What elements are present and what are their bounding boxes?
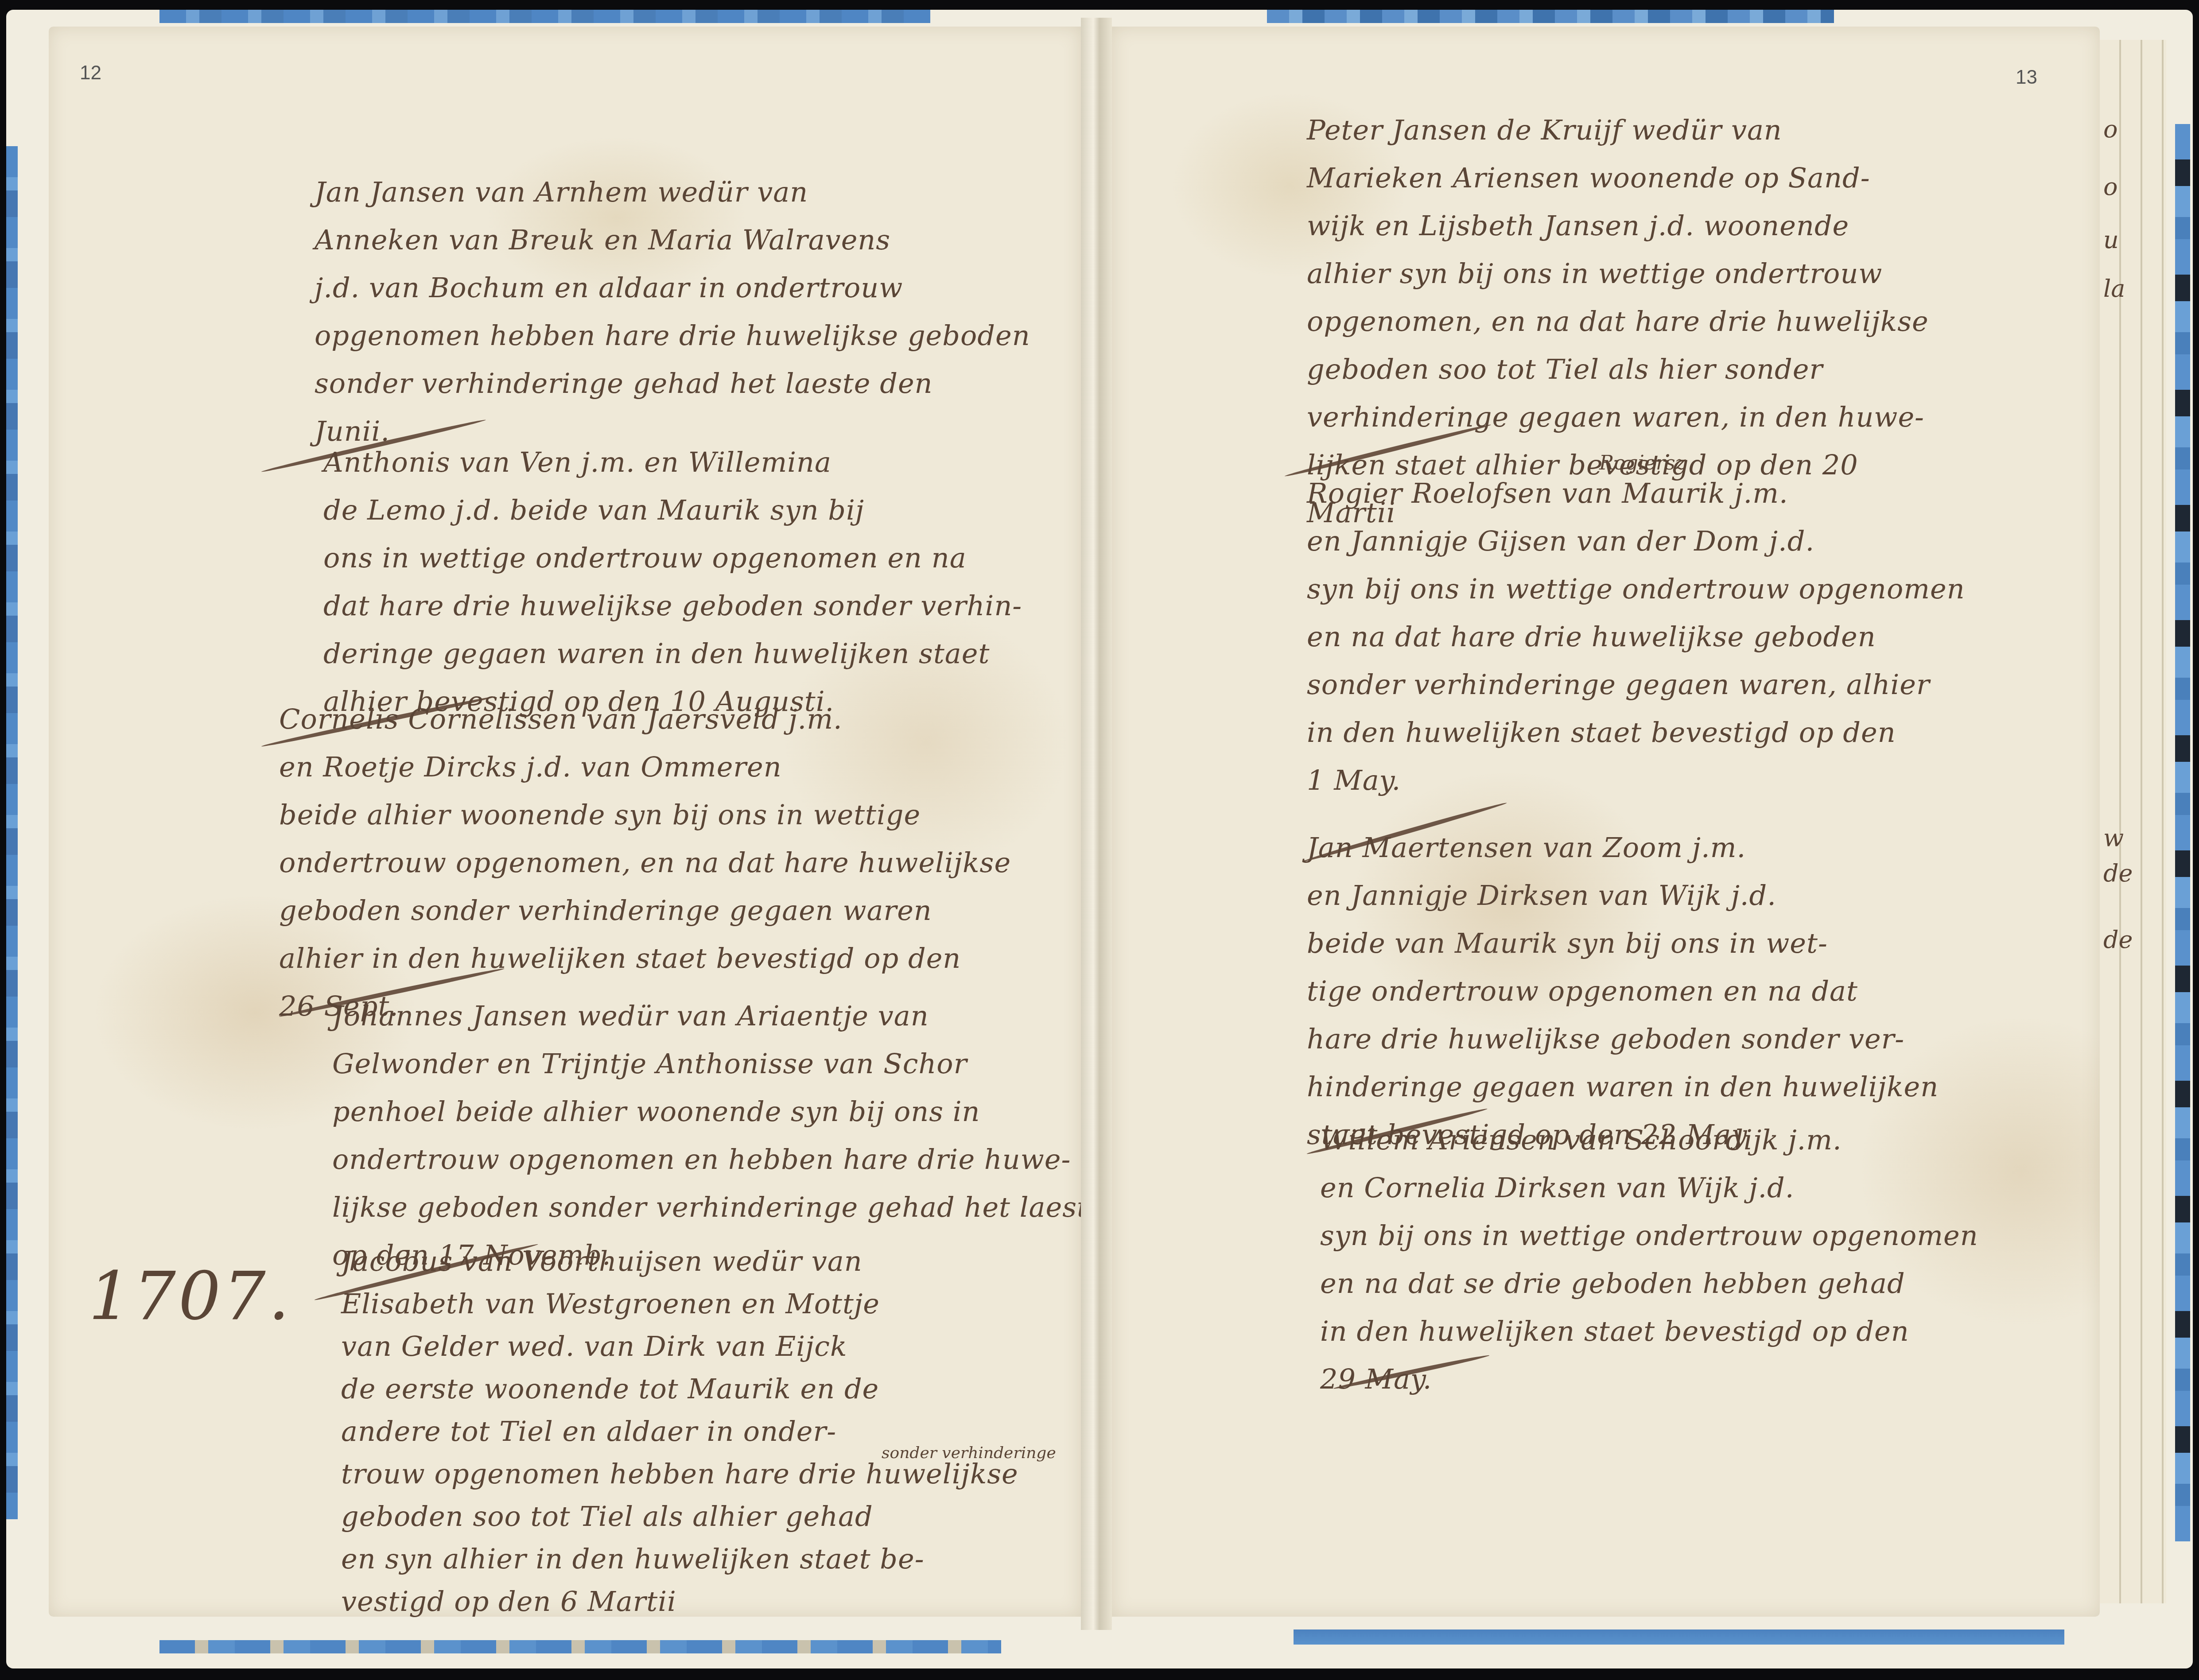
entry-line: wijk en Lijsbeth Jansen j.d. woonende (1307, 202, 1929, 250)
book-gutter (1081, 18, 1112, 1630)
entry-line: Marieken Ariensen woonende op Sand- (1307, 154, 1929, 202)
entry-line: Cornelis Cornelissen van Jaersveld j.m. (279, 695, 1011, 743)
margin-fragment: w (2103, 824, 2124, 852)
marbled-cover-edge-right (2175, 124, 2190, 1541)
page-number: 13 (2016, 66, 2037, 89)
entry-line: hinderinge gegaen waren in den huwelijke… (1307, 1063, 1939, 1111)
entry-line: verhinderinge gegaen waren, in den huwe- (1307, 393, 1929, 441)
entry-line: alhier syn bij ons in wettige ondertrouw (1307, 250, 1929, 298)
entry-line: en Jannigje Dirksen van Wijk j.d. (1307, 872, 1939, 920)
entry-line: ondertrouw opgenomen en hebben hare drie… (332, 1136, 1105, 1183)
entry-line: geboden soo tot Tiel als hier sonder (1307, 345, 1929, 393)
entry-line: sonder verhinderinge gegaen waren, alhie… (1307, 661, 1965, 709)
entry-line: j.d. van Bochum en aldaar in ondertrouw (315, 264, 1030, 312)
marbled-cover-edge-top-left (159, 10, 930, 23)
marbled-cover-edge-bottom-right (1294, 1630, 2064, 1645)
entry-line: tige ondertrouw opgenomen en na dat (1307, 967, 1939, 1015)
entry-line: en Jannigje Gijsen van der Dom j.d. (1307, 517, 1965, 565)
entry-line: en Cornelia Dirksen van Wijk j.d. (1320, 1164, 1978, 1212)
year-marker: 1707. (89, 1258, 292, 1335)
register-entry: Willem Ariensen van Schoordijk j.m. en C… (1320, 1116, 1978, 1403)
entry-line: syn bij ons in wettige ondertrouw opgeno… (1307, 565, 1965, 613)
right-page: 13 Peter Jansen de Kruijf wedür van Mari… (1112, 27, 2100, 1617)
margin-fragment: u (2103, 226, 2119, 254)
entry-line: hare drie huwelijkse geboden sonder ver- (1307, 1015, 1939, 1063)
marbled-cover-edge-bottom-left (159, 1640, 1001, 1653)
entry-line: Peter Jansen de Kruijf wedür van (1307, 106, 1929, 154)
margin-fragment: o (2103, 173, 2118, 201)
margin-fragment: la (2103, 275, 2125, 303)
entry-line: Elisabeth van Westgroenen en Mottje (341, 1283, 1018, 1325)
entry-line: ondertrouw opgenomen, en na dat hare huw… (279, 839, 1011, 887)
underlying-page-edges: o o u la w de de (2100, 40, 2166, 1603)
register-entry: Anthonis van Ven j.m. en Willemina de Le… (323, 438, 1022, 726)
entry-line: penhoel beide alhier woonende syn bij on… (332, 1088, 1105, 1136)
entry-line: Jacobus van Voorthuijsen wedür van (341, 1240, 1018, 1283)
entry-line: in den huwelijken staet bevestigd op den (1320, 1308, 1978, 1355)
page-number: 12 (80, 62, 101, 84)
entry-line: alhier in den huwelijken staet bevestigd… (279, 935, 1011, 982)
entry-line: en syn alhier in den huwelijken staet be… (341, 1538, 1018, 1580)
entry-line: Jan Maertensen van Zoom j.m. (1307, 824, 1939, 872)
marbled-cover-edge-left (6, 146, 18, 1519)
register-entry: Cornelis Cornelissen van Jaersveld j.m. … (279, 695, 1011, 1030)
entry-line: Anneken van Breuk en Maria Walravens (315, 216, 1030, 264)
entry-line: ons in wettige ondertrouw opgenomen en n… (323, 534, 1022, 582)
register-entry: Jan Maertensen van Zoom j.m. en Jannigje… (1307, 824, 1939, 1159)
entry-line: 1 May. (1307, 757, 1965, 804)
entry-line: Gelwonder en Trijntje Anthonisse van Sch… (332, 1040, 1105, 1088)
register-entry: Jan Jansen van Arnhem wedür van Anneken … (315, 168, 1030, 455)
entry-line: en na dat se drie geboden hebben gehad (1320, 1260, 1978, 1308)
entry-line: dat hare drie huwelijkse geboden sonder … (323, 582, 1022, 630)
register-entry: Johannes Jansen wedür van Ariaentje van … (332, 992, 1105, 1279)
entry-line: opgenomen, en na dat hare drie huwelijks… (1307, 298, 1929, 345)
register-entry: Rogier Roelofsen van Maurik j.m. en Jann… (1307, 469, 1965, 804)
entry-line: lijkse geboden sonder verhinderinge geha… (332, 1183, 1105, 1231)
left-page: 12 Jan Jansen van Arnhem wedür van Annek… (49, 27, 1081, 1617)
entry-line: geboden sonder verhinderinge gegaen ware… (279, 887, 1011, 935)
entry-line: Rogier Roelofsen van Maurik j.m. (1307, 469, 1965, 517)
entry-line: 29 May. (1320, 1355, 1978, 1403)
entry-line: beide alhier woonende syn bij ons in wet… (279, 791, 1011, 839)
register-entry: Jacobus van Voorthuijsen wedür van Elisa… (341, 1240, 1018, 1623)
margin-fragment: de (2103, 859, 2133, 887)
entry-line: vestigd op den 6 Martii (341, 1580, 1018, 1623)
entry-line: deringe gegaen waren in den huwelijken s… (323, 630, 1022, 678)
entry-line: en na dat hare drie huwelijkse geboden (1307, 613, 1965, 661)
entry-line: Jan Jansen van Arnhem wedür van (315, 168, 1030, 216)
entry-line: de Lemo j.d. beide van Maurik syn bij (323, 486, 1022, 534)
margin-fragment: o (2103, 115, 2118, 143)
entry-line: Johannes Jansen wedür van Ariaentje van (332, 992, 1105, 1040)
entry-line: opgenomen hebben hare drie huwelijkse ge… (315, 312, 1030, 360)
entry-line: beide van Maurik syn bij ons in wet- (1307, 920, 1939, 967)
entry-line: de eerste woonende tot Maurik en de (341, 1368, 1018, 1410)
entry-line: syn bij ons in wettige ondertrouw opgeno… (1320, 1212, 1978, 1260)
entry-line: Anthonis van Ven j.m. en Willemina (323, 438, 1022, 486)
entry-line: van Gelder wed. van Dirk van Eijck (341, 1325, 1018, 1368)
entry-line: in den huwelijken staet bevestigd op den (1307, 709, 1965, 757)
entry-line: Willem Ariensen van Schoordijk j.m. (1320, 1116, 1978, 1164)
entry-line: geboden soo tot Tiel als alhier gehad (341, 1495, 1018, 1538)
marbled-cover-edge-top-right (1267, 10, 1834, 23)
inserted-correction-note: sonder verhinderinge (882, 1444, 1056, 1462)
margin-fragment: de (2103, 926, 2133, 954)
entry-line: en Roetje Dircks j.d. van Ommeren (279, 743, 1011, 791)
entry-line: sonder verhinderinge gehad het laeste de… (315, 360, 1030, 407)
